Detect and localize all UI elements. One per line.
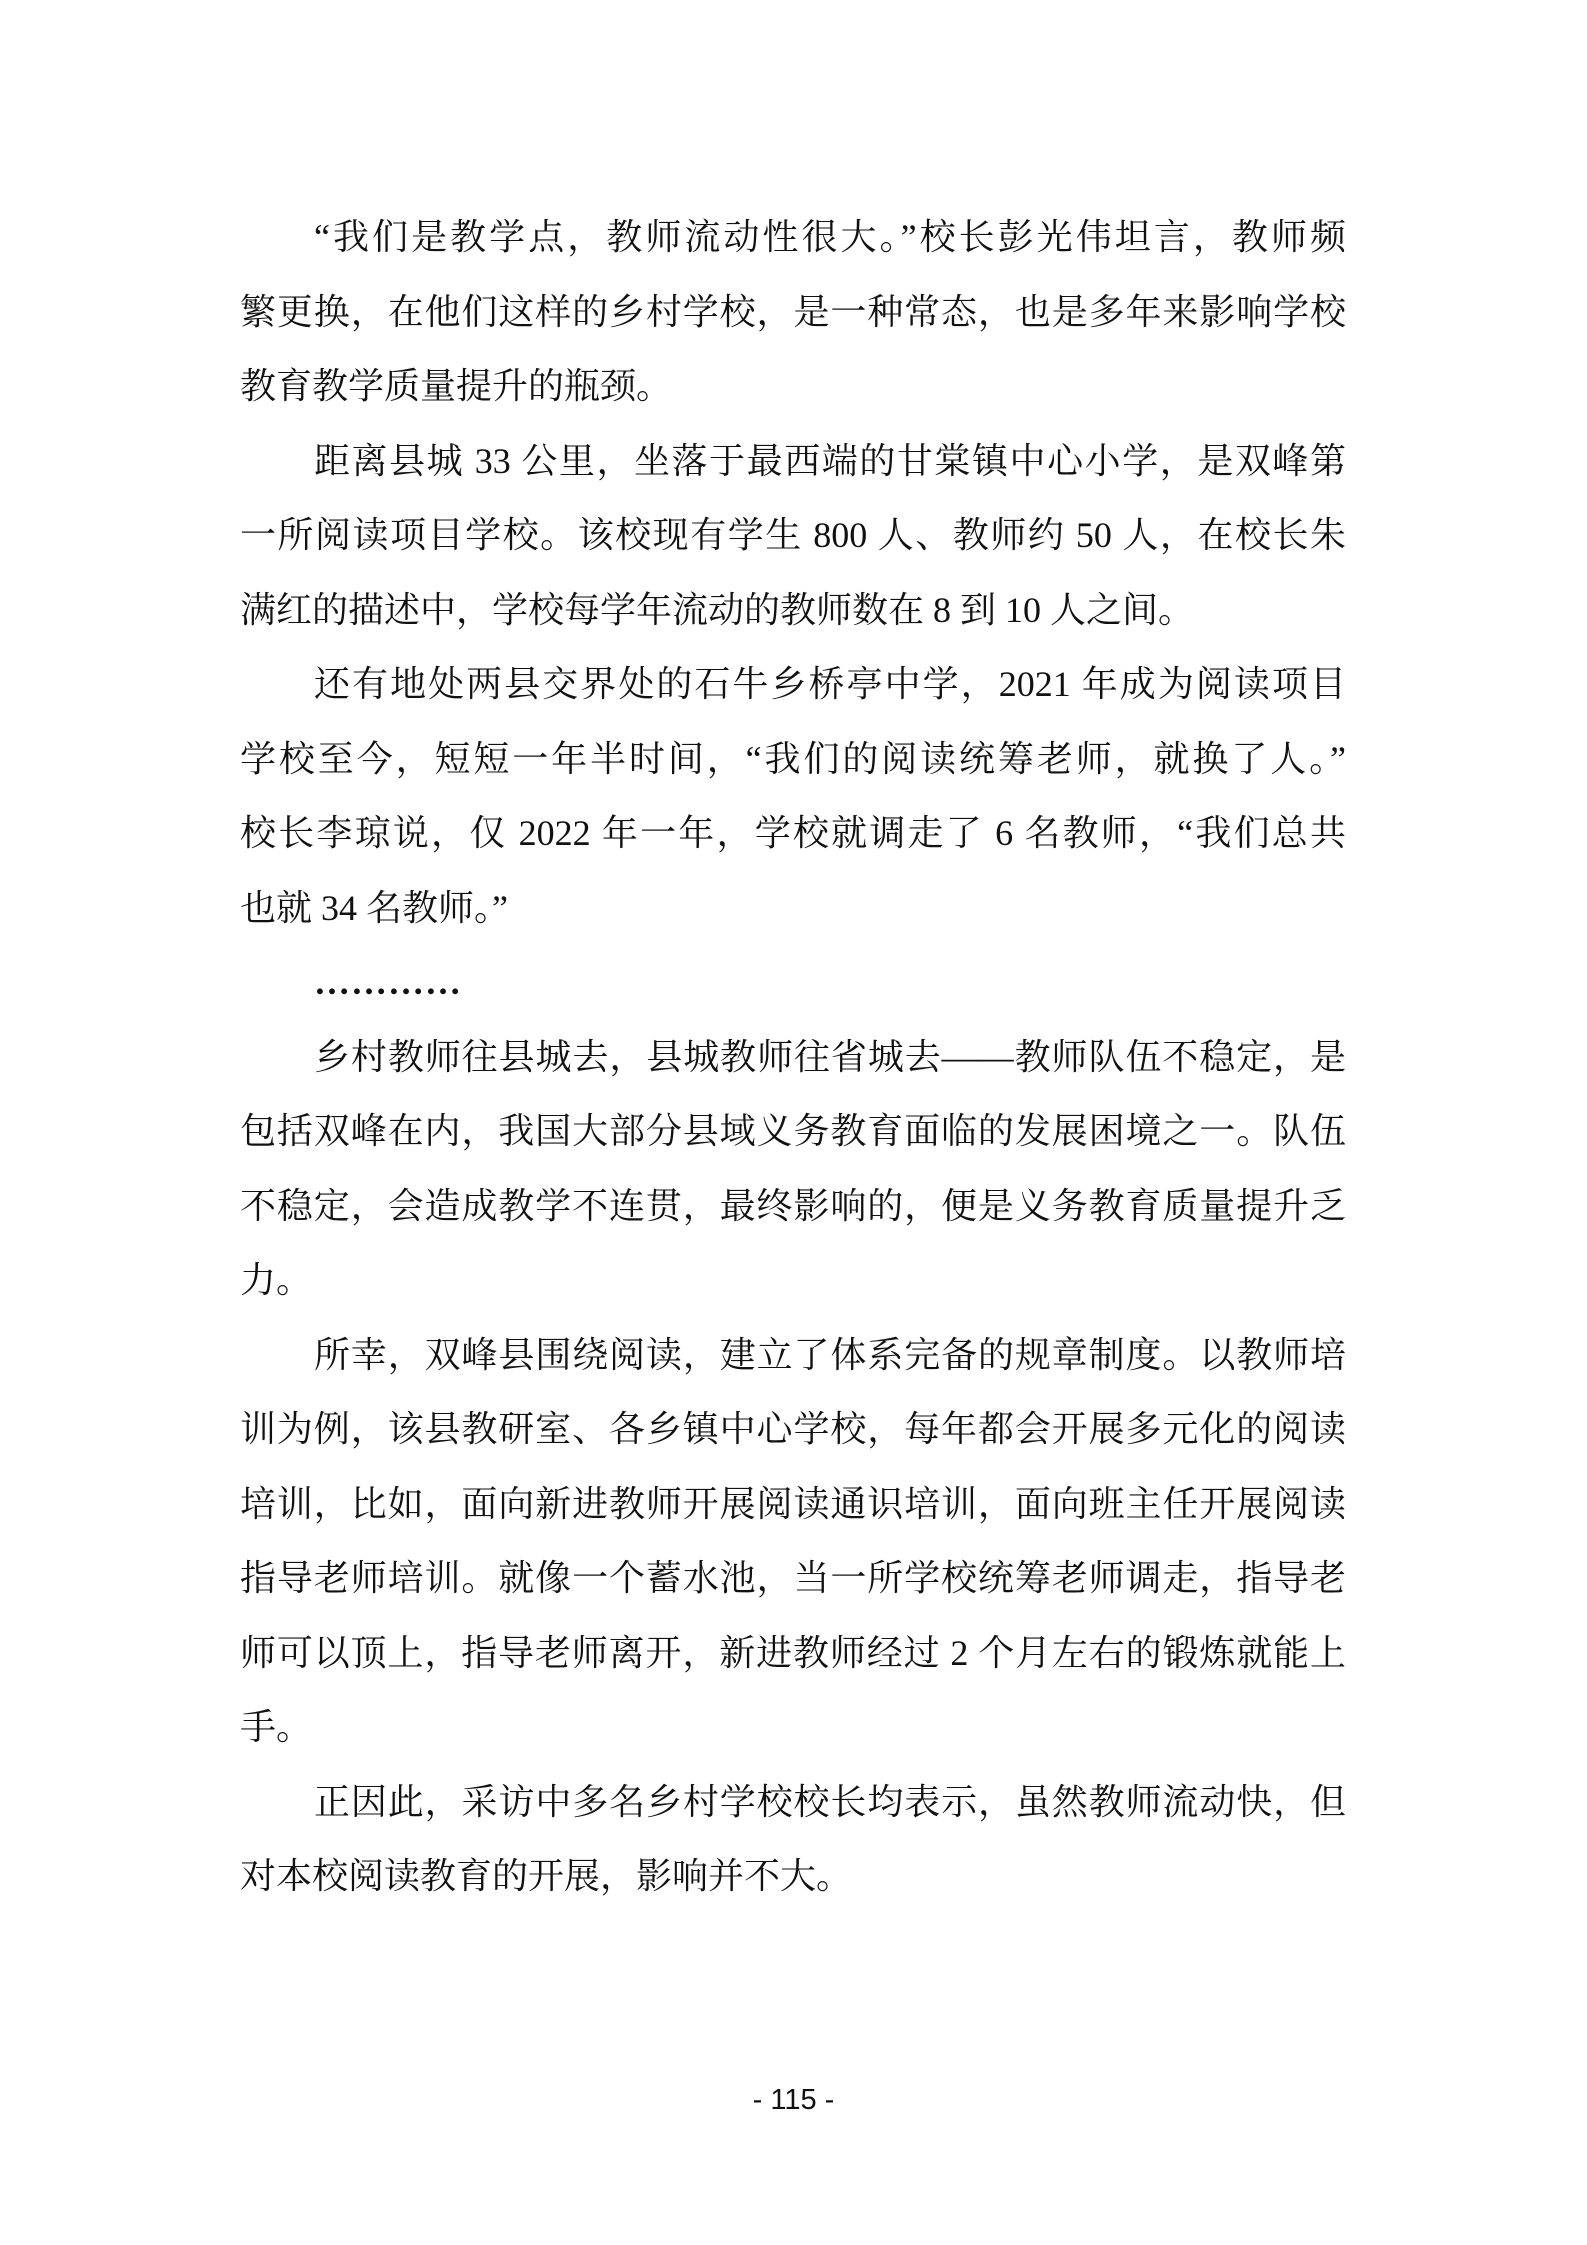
paragraph-line: 培训，比如，面向新进教师开展阅读通识培训，面向班主任开展阅读 <box>240 1467 1346 1542</box>
paragraph-line: 校长李琼说，仅 2022 年一年，学校就调走了 6 名教师，“我们总共 <box>240 796 1346 871</box>
paragraph-line: “我们是教学点，教师流动性很大。”校长彭光伟坦言，教师频 <box>240 200 1346 275</box>
body-text: “我们是教学点，教师流动性很大。”校长彭光伟坦言，教师频 繁更换，在他们这样的乡… <box>240 200 1346 1914</box>
paragraph-line: 繁更换，在他们这样的乡村学校，是一种常态，也是多年来影响学校 <box>240 275 1346 350</box>
paragraph-line: 训为例，该县教研室、各乡镇中心学校，每年都会开展多元化的阅读 <box>240 1392 1346 1467</box>
paragraph-line: 还有地处两县交界处的石牛乡桥亭中学，2021 年成为阅读项目 <box>240 647 1346 722</box>
paragraph-line: 力。 <box>240 1243 1346 1318</box>
paragraph-line: 师可以顶上，指导老师离开，新进教师经过 2 个月左右的锻炼就能上 <box>240 1616 1346 1691</box>
paragraph-line: 包括双峰在内，我国大部分县域义务教育面临的发展困境之一。队伍 <box>240 1094 1346 1169</box>
paragraph-line: 学校至今，短短一年半时间，“我们的阅读统筹老师，就换了人。” <box>240 722 1346 797</box>
paragraph-line: 教育教学质量提升的瓶颈。 <box>240 349 1346 424</box>
paragraph-line: 乡村教师往县城去，县城教师往省城去——教师队伍不稳定，是 <box>240 1020 1346 1095</box>
paragraph-line: 也就 34 名教师。” <box>240 871 1346 946</box>
paragraph-line: 手。 <box>240 1690 1346 1765</box>
paragraph-line: 满红的描述中，学校每学年流动的教师数在 8 到 10 人之间。 <box>240 573 1346 648</box>
paragraph-line: 距离县城 33 公里，坐落于最西端的甘棠镇中心小学，是双峰第 <box>240 424 1346 499</box>
page-number: - 115 - <box>0 2078 1587 2122</box>
paragraph-line: 正因此，采访中多名乡村学校校长均表示，虽然教师流动快，但 <box>240 1765 1346 1840</box>
paragraph-line: 一所阅读项目学校。该校现有学生 800 人、教师约 50 人，在校长朱 <box>240 498 1346 573</box>
document-page: “我们是教学点，教师流动性很大。”校长彭光伟坦言，教师频 繁更换，在他们这样的乡… <box>0 0 1587 2245</box>
ellipsis-line: ………… <box>240 945 1346 1020</box>
paragraph-line: 不稳定，会造成教学不连贯，最终影响的，便是义务教育质量提升乏 <box>240 1169 1346 1244</box>
paragraph-line: 所幸，双峰县围绕阅读，建立了体系完备的规章制度。以教师培 <box>240 1318 1346 1393</box>
paragraph-line: 对本校阅读教育的开展，影响并不大。 <box>240 1839 1346 1914</box>
paragraph-line: 指导老师培训。就像一个蓄水池，当一所学校统筹老师调走，指导老 <box>240 1541 1346 1616</box>
